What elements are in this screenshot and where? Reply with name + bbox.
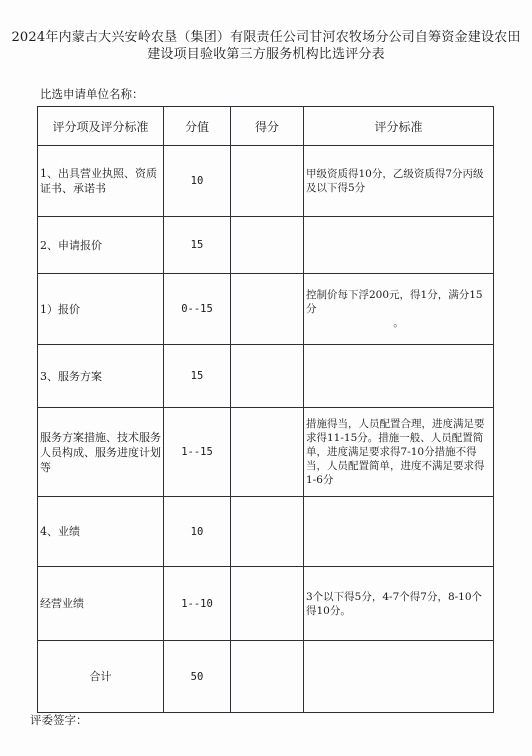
row-score-input[interactable] — [231, 641, 304, 713]
row-score-input[interactable] — [231, 567, 304, 641]
table-row: 服务方案措施、技术服务人员构成、服务进度计划等 1--15 措施得当，人员配置合… — [38, 408, 494, 497]
row-standard: 甲级资质得10分，乙级资质得7分丙级及以下得5分 — [304, 146, 494, 217]
row-score-input[interactable] — [231, 274, 304, 345]
row-standard: 措施得当，人员配置合理，进度满足要求得11-15分。措施一般、人员配置简单，进度… — [304, 408, 494, 497]
table-row: 经营业绩 1--10 3个以下得5分，4-7个得7分，8-10个得10分。 — [38, 567, 494, 641]
table-row: 1、出具营业执照、资质证书、承诺书 10 甲级资质得10分，乙级资质得7分丙级及… — [38, 146, 494, 217]
row-score-input[interactable] — [231, 345, 304, 408]
row-item: 合计 — [38, 641, 164, 713]
applicant-name-label: 比选申请单位名称： — [40, 86, 144, 102]
row-value: 15 — [164, 217, 231, 274]
row-item: 1、出具营业执照、资质证书、承诺书 — [38, 146, 164, 217]
row-item: 4、业绩 — [38, 497, 164, 567]
row-item: 经营业绩 — [38, 567, 164, 641]
standard-tail: 。 — [306, 316, 491, 330]
table-header-row: 评分项及评分标准 分值 得分 评分标准 — [38, 107, 494, 146]
row-value: 1--10 — [164, 567, 231, 641]
title-line-1: 2024年内蒙古大兴安岭农垦（集团）有限责任公司甘河农牧场分公司自筹资金建设农田 — [0, 29, 532, 46]
standard-text: 控制价每下浮200元，得1分，满分15分 — [306, 289, 483, 315]
header-item: 评分项及评分标准 — [38, 107, 164, 146]
row-item: 2、申请报价 — [38, 217, 164, 274]
table-row: 4、业绩 10 — [38, 497, 494, 567]
row-value: 50 — [164, 641, 231, 713]
table-row: 2、申请报价 15 — [38, 217, 494, 274]
row-value: 0--15 — [164, 274, 231, 345]
row-standard: 控制价每下浮200元，得1分，满分15分 。 — [304, 274, 494, 345]
table-row: 3、服务方案 15 — [38, 345, 494, 408]
row-standard: 3个以下得5分，4-7个得7分，8-10个得10分。 — [304, 567, 494, 641]
row-value: 10 — [164, 497, 231, 567]
row-value: 10 — [164, 146, 231, 217]
table-row-total: 合计 50 — [38, 641, 494, 713]
document-title: 2024年内蒙古大兴安岭农垦（集团）有限责任公司甘河农牧场分公司自筹资金建设农田… — [0, 29, 532, 63]
row-score-input[interactable] — [231, 217, 304, 274]
title-line-2: 建设项目验收第三方服务机构比选评分表 — [0, 46, 532, 63]
row-standard — [304, 345, 494, 408]
row-score-input[interactable] — [231, 497, 304, 567]
header-score: 得分 — [231, 107, 304, 146]
row-item: 服务方案措施、技术服务人员构成、服务进度计划等 — [38, 408, 164, 497]
row-standard — [304, 497, 494, 567]
scoring-table: 评分项及评分标准 分值 得分 评分标准 1、出具营业执照、资质证书、承诺书 10… — [37, 106, 494, 713]
row-standard — [304, 641, 494, 713]
row-standard — [304, 217, 494, 274]
table-row: 1）报价 0--15 控制价每下浮200元，得1分，满分15分 。 — [38, 274, 494, 345]
row-value: 1--15 — [164, 408, 231, 497]
row-score-input[interactable] — [231, 408, 304, 497]
row-score-input[interactable] — [231, 146, 304, 217]
header-value: 分值 — [164, 107, 231, 146]
row-value: 15 — [164, 345, 231, 408]
row-item: 3、服务方案 — [38, 345, 164, 408]
row-item: 1）报价 — [38, 274, 164, 345]
header-standard: 评分标准 — [304, 107, 494, 146]
judge-signature-label: 评委签字： — [30, 712, 88, 728]
